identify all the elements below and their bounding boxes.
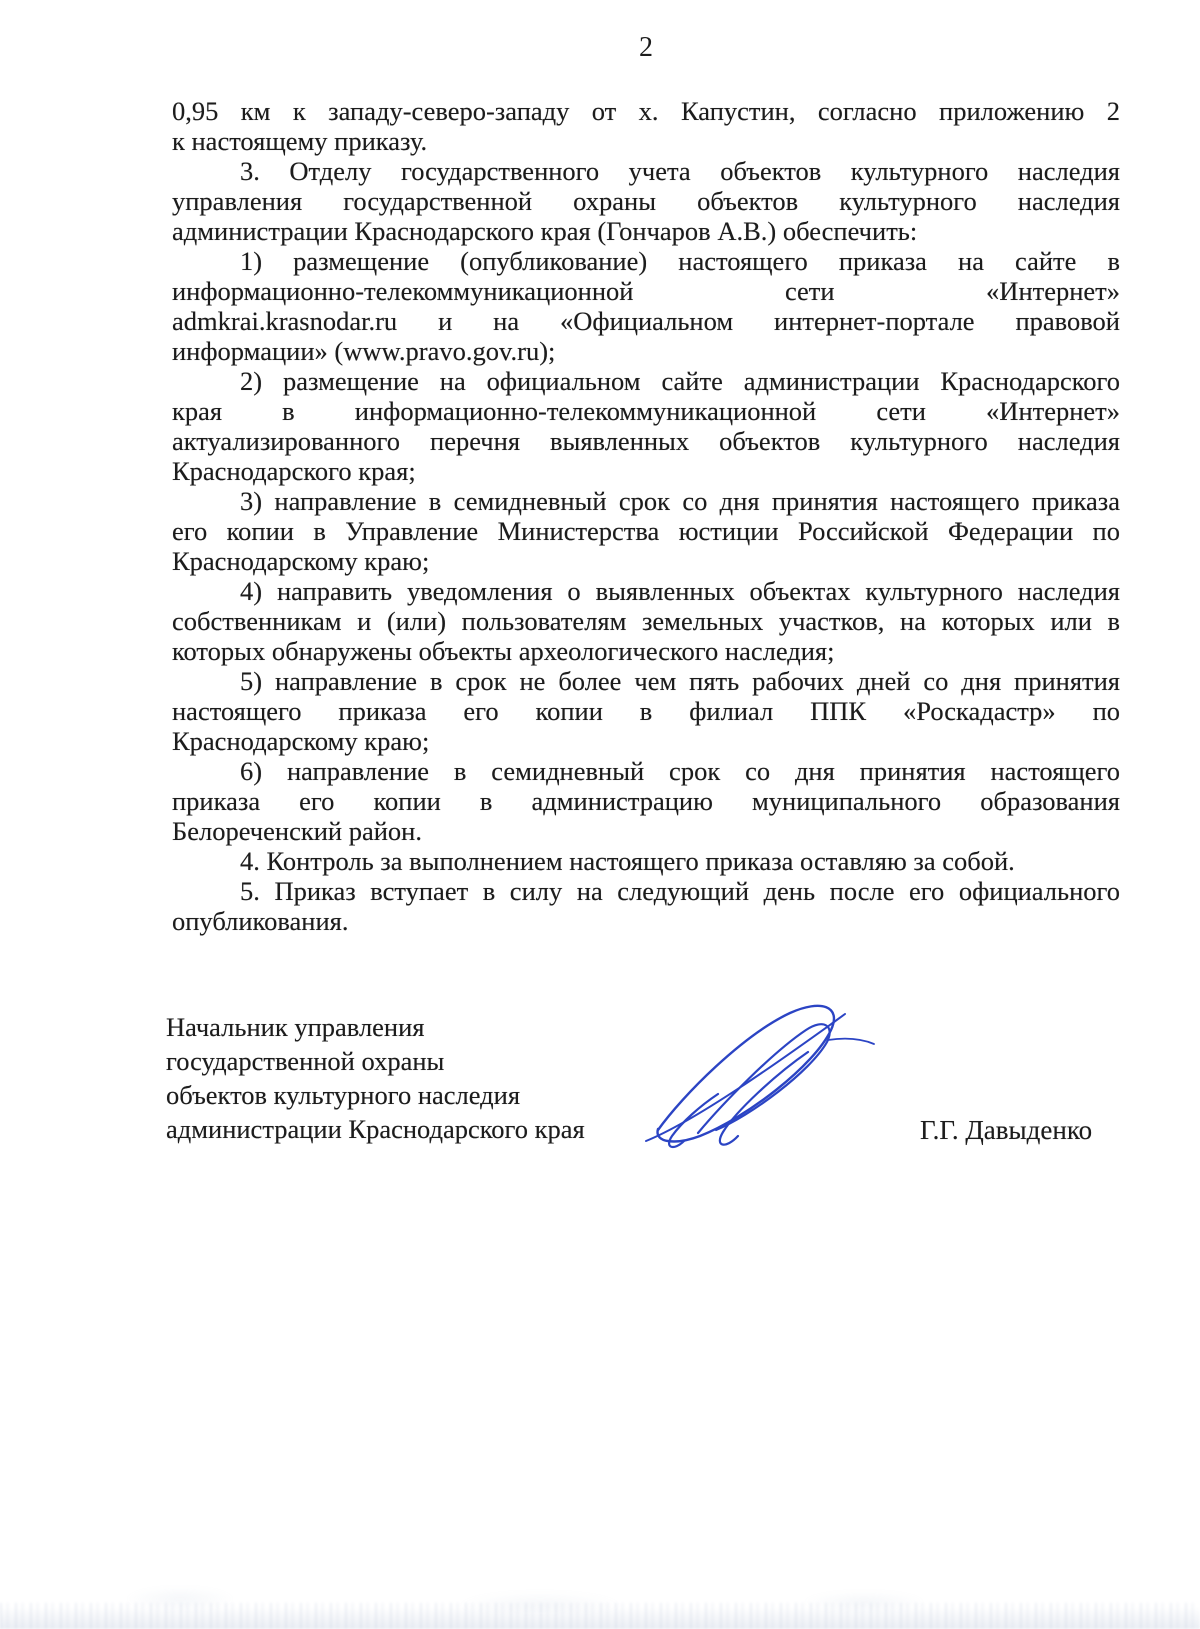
signature-stroke (698, 1024, 830, 1133)
text-line: Краснодарского края; (172, 456, 1120, 486)
text-line: Белореченский район. (172, 816, 1120, 846)
text-line: настоящего приказа его копии в филиал ПП… (172, 696, 1120, 726)
text-line: 4) направить уведомления о выявленных об… (172, 576, 1120, 606)
page-number: 2 (172, 33, 1120, 63)
text-line: 5) направление в срок не более чем пять … (172, 666, 1120, 696)
signature-stroke (828, 1039, 874, 1044)
text-line: Краснодарскому краю; (172, 546, 1120, 576)
text-line: 0,95 км к западу-северо-западу от х. Кап… (172, 96, 1120, 126)
text-line: опубликования. (172, 906, 1120, 936)
text-line: администрации Краснодарского края (Гонча… (172, 216, 1120, 246)
scan-artifact-band (0, 1603, 1200, 1629)
text-line: 4. Контроль за выполнением настоящего пр… (172, 846, 1120, 876)
text-line: информационно-телекоммуникационной сети … (172, 276, 1120, 306)
text-line: Краснодарскому краю; (172, 726, 1120, 756)
document-body: 0,95 км к западу-северо-западу от х. Кап… (172, 96, 1120, 936)
text-line: собственникам и (или) пользователям земе… (172, 606, 1120, 636)
signatory-name: Г.Г. Давыденко (920, 1114, 1092, 1146)
text-line: admkrai.krasnodar.ru и на «Официальном и… (172, 306, 1120, 336)
text-line: приказа его копии в администрацию муници… (172, 786, 1120, 816)
handwritten-signature (638, 1000, 878, 1150)
text-line: управления государственной охраны объект… (172, 186, 1120, 216)
text-line: информации» (www.pravo.gov.ru); (172, 336, 1120, 366)
text-line: актуализированного перечня выявленных об… (172, 426, 1120, 456)
text-line: 1) размещение (опубликование) настоящего… (172, 246, 1120, 276)
text-line: к настоящему приказу. (172, 126, 1120, 156)
text-line: его копии в Управление Министерства юсти… (172, 516, 1120, 546)
text-line: 6) направление в семидневный срок со дня… (172, 756, 1120, 786)
document-page: 2 0,95 км к западу-северо-западу от х. К… (0, 0, 1200, 1629)
signature-stroke (646, 1014, 845, 1141)
text-line: которых обнаружены объекты археологическ… (172, 636, 1120, 666)
text-line: 5. Приказ вступает в силу на следующий д… (172, 876, 1120, 906)
text-line: 2) размещение на официальном сайте админ… (172, 366, 1120, 396)
text-line: 3. Отделу государственного учета объекто… (172, 156, 1120, 186)
scan-noise-haze (0, 1551, 1200, 1611)
text-line: 3) направление в семидневный срок со дня… (172, 486, 1120, 516)
text-line: края в информационно-телекоммуникационно… (172, 396, 1120, 426)
